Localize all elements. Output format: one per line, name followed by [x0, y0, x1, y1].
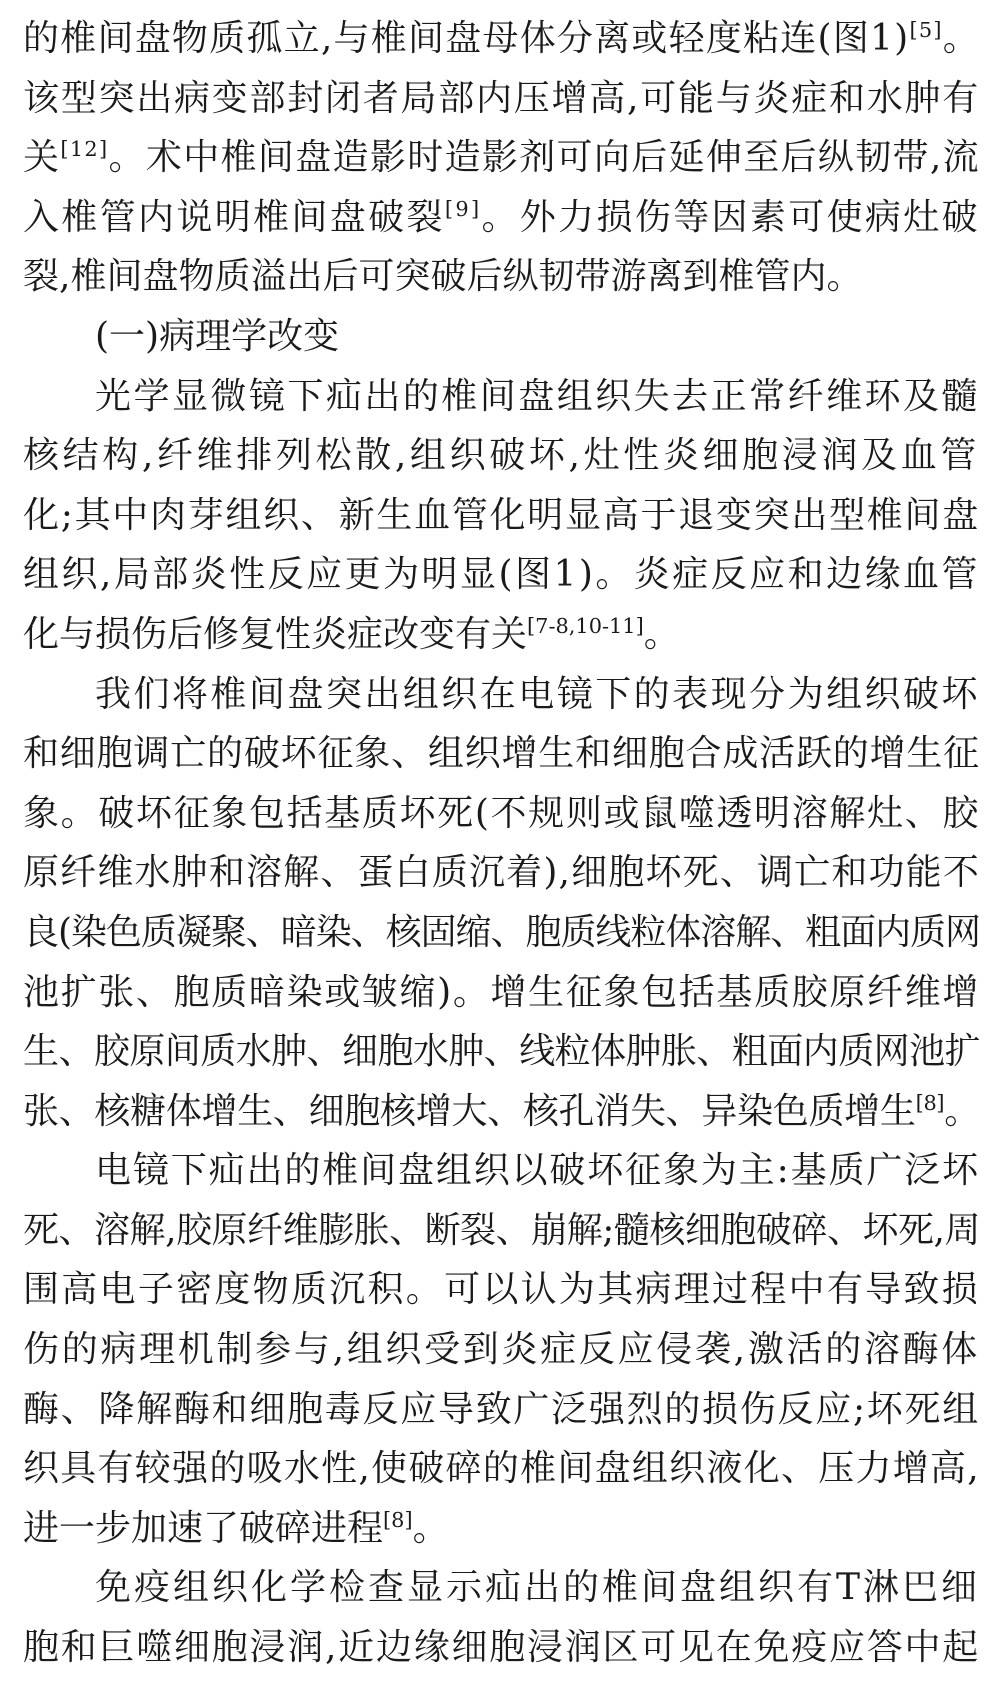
text-line: 张、核糖体增生、细胞核增大、核孔消失、异染色质增生[8]。 — [23, 1082, 980, 1142]
text-run: 电镜下疝出的椎间盘组织以破坏征象为主:基质广泛坏 — [95, 1150, 980, 1191]
text-run: 免疫组织化学检查显示疝出的椎间盘组织有T淋巴细 — [95, 1567, 980, 1608]
text-run: 酶、降解酶和细胞毒反应导致广泛强烈的损伤反应;坏死组 — [23, 1389, 980, 1430]
text-line: 我们将椎间盘突出组织在电镜下的表现分为组织破坏 — [23, 665, 980, 725]
text-line: 关[12]。术中椎间盘造影时造影剂可向后延伸至后纵韧带,流 — [23, 128, 980, 188]
text-run: 化与损伤后修复性炎症改变有关[7-8,10-11]。 — [23, 614, 680, 655]
text-run: 良(染色质凝聚、暗染、核固缩、胞质线粒体溶解、粗面内质网 — [23, 912, 980, 953]
text-line: 核结构,纤维排列松散,组织破坏,灶性炎细胞浸润及血管 — [23, 426, 980, 486]
text-run: 的椎间盘物质孤立,与椎间盘母体分离或轻度粘连(图1)[5]。 — [23, 18, 980, 59]
text-line: 围高电子密度物质沉积。可以认为其病理过程中有导致损 — [23, 1260, 980, 1320]
text-run: 核结构,纤维排列松散,组织破坏,灶性炎细胞浸润及血管 — [23, 435, 980, 476]
text-run: 张、核糖体增生、细胞核增大、核孔消失、异染色质增生[8]。 — [23, 1091, 980, 1132]
text-run: 池扩张、胞质暗染或皱缩)。增生征象包括基质胶原纤维增 — [23, 972, 980, 1013]
text-run: 原纤维水肿和溶解、蛋白质沉着),细胞坏死、调亡和功能不 — [23, 852, 980, 893]
text-line: 免疫组织化学检查显示疝出的椎间盘组织有T淋巴细 — [23, 1558, 980, 1618]
text-run: 光学显微镜下疝出的椎间盘组织失去正常纤维环及髓 — [95, 376, 980, 417]
text-line: 该型突出病变部封闭者局部内压增高,可能与炎症和水肿有 — [23, 69, 980, 129]
text-run: 伤的病理机制参与,组织受到炎症反应侵袭,激活的溶酶体 — [23, 1329, 980, 1370]
text-line: 良(染色质凝聚、暗染、核固缩、胞质线粒体溶解、粗面内质网 — [23, 903, 980, 963]
text-run: 该型突出病变部封闭者局部内压增高,可能与炎症和水肿有 — [23, 78, 980, 119]
text-line: 裂,椎间盘物质溢出后可突破后纵韧带游离到椎管内。 — [23, 247, 980, 307]
document-page: 的椎间盘物质孤立,与椎间盘母体分离或轻度粘连(图1)[5]。该型突出病变部封闭者… — [0, 0, 1003, 1696]
text-line: 伤的病理机制参与,组织受到炎症反应侵袭,激活的溶酶体 — [23, 1320, 980, 1380]
citation-marker: [12] — [60, 137, 108, 161]
text-run: 死、溶解,胶原纤维膨胀、断裂、崩解;髓核细胞破碎、坏死,周 — [23, 1210, 980, 1251]
text-line: 池扩张、胞质暗染或皱缩)。增生征象包括基质胶原纤维增 — [23, 963, 980, 1023]
citation-marker: [5] — [909, 18, 942, 42]
text-run: 化;其中肉芽组织、新生血管化明显高于退变突出型椎间盘 — [23, 495, 980, 536]
text-line: 的椎间盘物质孤立,与椎间盘母体分离或轻度粘连(图1)[5]。 — [23, 9, 980, 69]
text-line: 电镜下疝出的椎间盘组织以破坏征象为主:基质广泛坏 — [23, 1141, 980, 1201]
text-run: 裂,椎间盘物质溢出后可突破后纵韧带游离到椎管内。 — [23, 256, 862, 297]
text-line: 进一步加速了破碎进程[8]。 — [23, 1499, 980, 1559]
text-run: (一)病理学改变 — [95, 316, 339, 357]
text-line: 生、胶原间质水肿、细胞水肿、线粒体肿胀、粗面内质网池扩 — [23, 1022, 980, 1082]
text-run: 关[12]。术中椎间盘造影时造影剂可向后延伸至后纵韧带,流 — [23, 137, 980, 178]
text-line: 化;其中肉芽组织、新生血管化明显高于退变突出型椎间盘 — [23, 486, 980, 546]
text-run: 胞和巨噬细胞浸润,近边缘细胞浸润区可见在免疫应答中起 — [23, 1627, 980, 1668]
citation-marker: [8] — [383, 1508, 413, 1532]
text-run: 围高电子密度物质沉积。可以认为其病理过程中有导致损 — [23, 1269, 980, 1310]
text-line: 织具有较强的吸水性,使破碎的椎间盘组织液化、压力增高, — [23, 1439, 980, 1499]
text-run: 入椎管内说明椎间盘破裂[9]。外力损伤等因素可使病灶破 — [23, 197, 980, 238]
text-line: 死、溶解,胶原纤维膨胀、断裂、崩解;髓核细胞破碎、坏死,周 — [23, 1201, 980, 1261]
text-run: 象。破坏征象包括基质坏死(不规则或鼠噬透明溶解灶、胶 — [23, 793, 980, 834]
text-run: 组织,局部炎性反应更为明显(图1)。炎症反应和边缘血管 — [23, 554, 980, 595]
text-run: 我们将椎间盘突出组织在电镜下的表现分为组织破坏 — [95, 674, 980, 715]
text-block: 的椎间盘物质孤立,与椎间盘母体分离或轻度粘连(图1)[5]。该型突出病变部封闭者… — [23, 9, 980, 1678]
text-line: 胞和巨噬细胞浸润,近边缘细胞浸润区可见在免疫应答中起 — [23, 1618, 980, 1678]
text-line: 入椎管内说明椎间盘破裂[9]。外力损伤等因素可使病灶破 — [23, 188, 980, 248]
text-line: 象。破坏征象包括基质坏死(不规则或鼠噬透明溶解灶、胶 — [23, 784, 980, 844]
citation-marker: [8] — [916, 1091, 945, 1115]
section-heading: (一)病理学改变 — [23, 307, 980, 367]
text-line: 组织,局部炎性反应更为明显(图1)。炎症反应和边缘血管 — [23, 545, 980, 605]
text-line: 光学显微镜下疝出的椎间盘组织失去正常纤维环及髓 — [23, 367, 980, 427]
text-line: 和细胞调亡的破坏征象、组织增生和细胞合成活跃的增生征 — [23, 724, 980, 784]
text-run: 生、胶原间质水肿、细胞水肿、线粒体肿胀、粗面内质网池扩 — [23, 1031, 980, 1072]
text-line: 化与损伤后修复性炎症改变有关[7-8,10-11]。 — [23, 605, 980, 665]
citation-marker: [7-8,10-11] — [527, 614, 644, 638]
text-run: 进一步加速了破碎进程[8]。 — [23, 1508, 449, 1549]
text-line: 酶、降解酶和细胞毒反应导致广泛强烈的损伤反应;坏死组 — [23, 1380, 980, 1440]
text-run: 和细胞调亡的破坏征象、组织增生和细胞合成活跃的增生征 — [23, 733, 980, 774]
citation-marker: [9] — [445, 197, 482, 221]
text-run: 织具有较强的吸水性,使破碎的椎间盘组织液化、压力增高, — [23, 1448, 980, 1489]
text-line: 原纤维水肿和溶解、蛋白质沉着),细胞坏死、调亡和功能不 — [23, 843, 980, 903]
